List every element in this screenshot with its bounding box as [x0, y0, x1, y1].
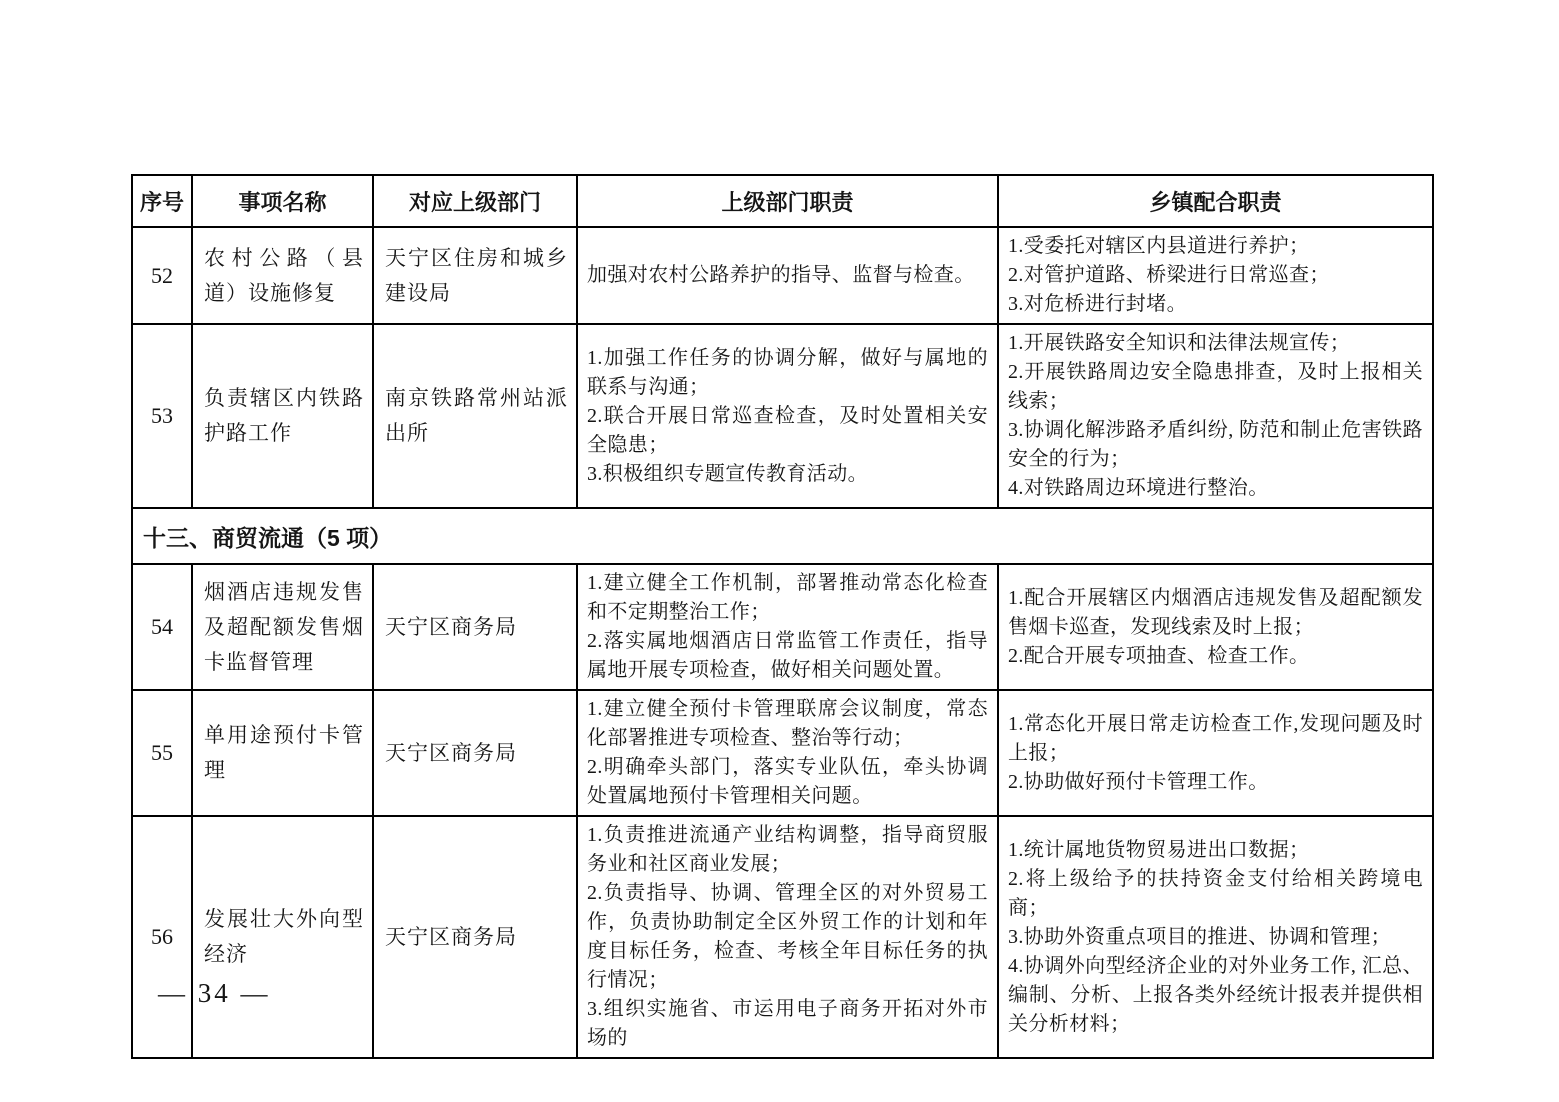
row-no: 53	[132, 324, 192, 508]
page-number: — 34 —	[158, 978, 271, 1009]
row-no: 52	[132, 227, 192, 324]
table-row-55: 55 单用途预付卡管理 天宁区商务局 1.建立健全预付卡管理联席会议制度，常态化…	[132, 690, 1433, 816]
table-header-row: 序号 事项名称 对应上级部门 上级部门职责 乡镇配合职责	[132, 175, 1433, 227]
township-duties: 1.统计属地货物贸易进出口数据； 2.将上级给予的扶持资金支付给相关跨境电商； …	[998, 816, 1433, 1058]
superior-dept: 天宁区住房和城乡建设局	[373, 227, 577, 324]
column-header-superior-duties: 上级部门职责	[577, 175, 998, 227]
superior-duties: 1.建立健全预付卡管理联席会议制度，常态化部署推进专项检查、整治等行动； 2.明…	[577, 690, 998, 816]
superior-dept: 天宁区商务局	[373, 816, 577, 1058]
township-duties: 1.开展铁路安全知识和法律法规宣传； 2.开展铁路周边安全隐患排查，及时上报相关…	[998, 324, 1433, 508]
table-row-54: 54 烟酒店违规发售及超配额发售烟卡监督管理 天宁区商务局 1.建立健全工作机制…	[132, 564, 1433, 690]
section-header-row: 十三、商贸流通（5 项）	[132, 508, 1433, 564]
township-duties: 1.配合开展辖区内烟酒店违规发售及超配额发售烟卡巡查，发现线索及时上报； 2.配…	[998, 564, 1433, 690]
document-page: 序号 事项名称 对应上级部门 上级部门职责 乡镇配合职责 52 农村公路（县道）…	[0, 0, 1559, 1102]
table-row-56: 56 发展壮大外向型经济 天宁区商务局 1.负责推进流通产业结构调整，指导商贸服…	[132, 816, 1433, 1058]
township-duties: 1.受委托对辖区内县道进行养护； 2.对管护道路、桥梁进行日常巡查； 3.对危桥…	[998, 227, 1433, 324]
superior-duties: 1.负责推进流通产业结构调整，指导商贸服务业和社区商业发展； 2.负责指导、协调…	[577, 816, 998, 1058]
superior-duties: 1.加强工作任务的协调分解，做好与属地的联系与沟通； 2.联合开展日常巡查检查，…	[577, 324, 998, 508]
item-name: 发展壮大外向型经济	[192, 816, 373, 1058]
item-name: 单用途预付卡管理	[192, 690, 373, 816]
section-header-label: 十三、商贸流通（5 项）	[132, 508, 1433, 564]
item-name: 负责辖区内铁路护路工作	[192, 324, 373, 508]
superior-duties: 1.建立健全工作机制，部署推动常态化检查和不定期整治工作； 2.落实属地烟酒店日…	[577, 564, 998, 690]
column-header-superior-dept: 对应上级部门	[373, 175, 577, 227]
row-no: 56	[132, 816, 192, 1058]
responsibility-table: 序号 事项名称 对应上级部门 上级部门职责 乡镇配合职责 52 农村公路（县道）…	[131, 174, 1434, 1059]
table-row-52: 52 农村公路（县道）设施修复 天宁区住房和城乡建设局 加强对农村公路养护的指导…	[132, 227, 1433, 324]
township-duties: 1.常态化开展日常走访检查工作,发现问题及时上报； 2.协助做好预付卡管理工作。	[998, 690, 1433, 816]
item-name: 烟酒店违规发售及超配额发售烟卡监督管理	[192, 564, 373, 690]
row-no: 54	[132, 564, 192, 690]
column-header-township-duties: 乡镇配合职责	[998, 175, 1433, 227]
superior-dept: 南京铁路常州站派出所	[373, 324, 577, 508]
column-header-item-name: 事项名称	[192, 175, 373, 227]
column-header-no: 序号	[132, 175, 192, 227]
superior-dept: 天宁区商务局	[373, 564, 577, 690]
table-row-53: 53 负责辖区内铁路护路工作 南京铁路常州站派出所 1.加强工作任务的协调分解，…	[132, 324, 1433, 508]
row-no: 55	[132, 690, 192, 816]
superior-duties: 加强对农村公路养护的指导、监督与检查。	[577, 227, 998, 324]
item-name: 农村公路（县道）设施修复	[192, 227, 373, 324]
superior-dept: 天宁区商务局	[373, 690, 577, 816]
